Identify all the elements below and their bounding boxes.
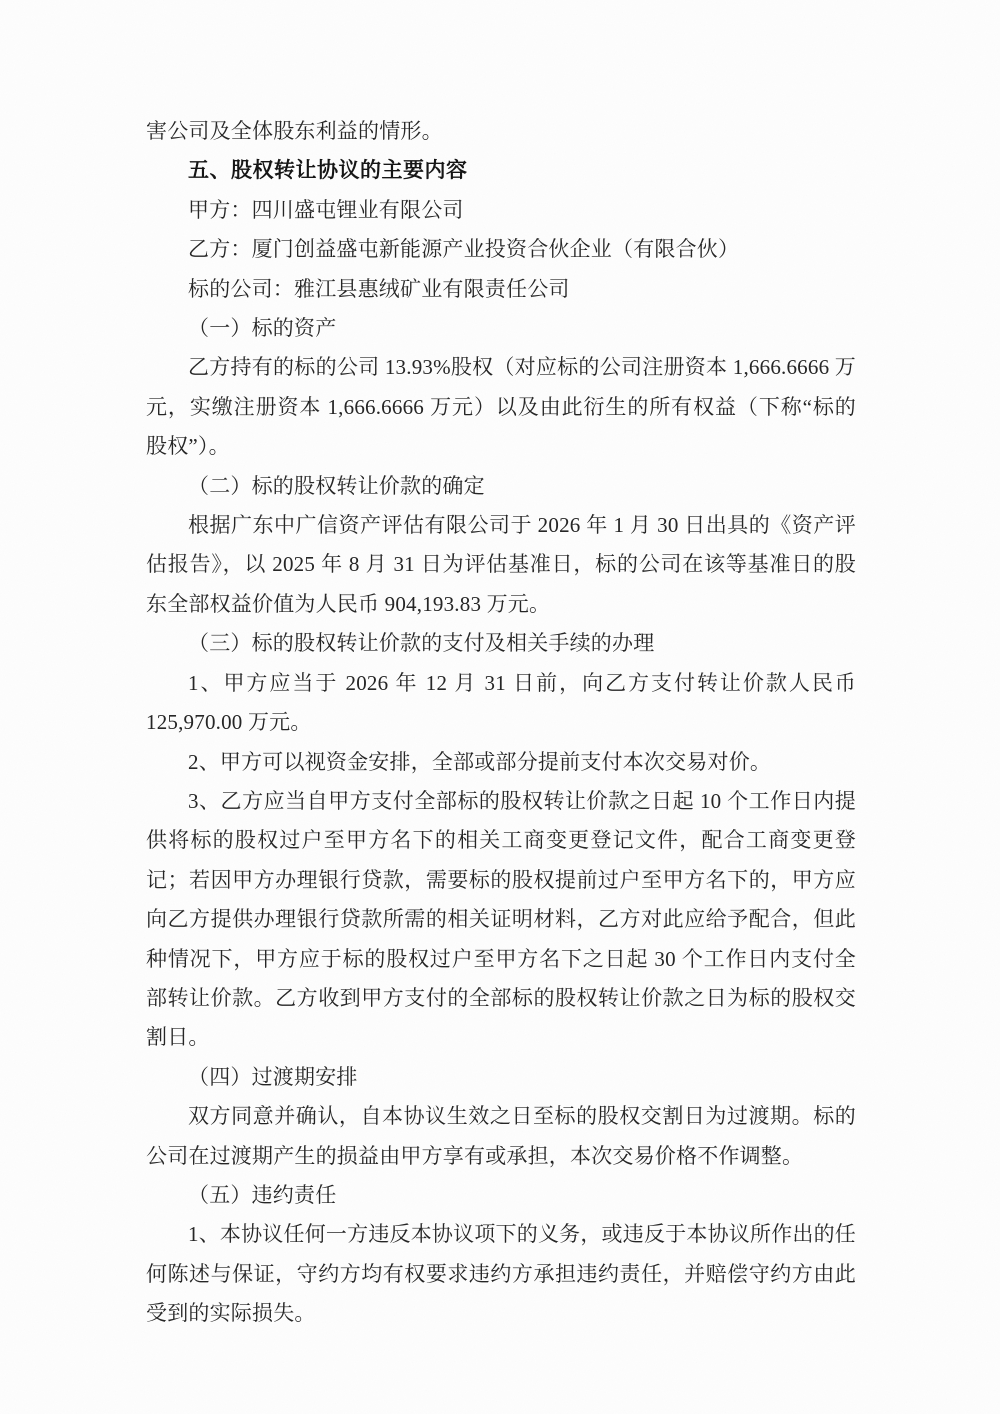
target-company-line: 标的公司：雅江县惠绒矿业有限责任公司 (146, 270, 856, 309)
subsection-1-heading: （一）标的资产 (146, 309, 856, 348)
document-page: 害公司及全体股东利益的情形。 五、股权转让协议的主要内容 甲方：四川盛屯锂业有限… (0, 0, 1000, 1414)
document-text-block: 害公司及全体股东利益的情形。 五、股权转让协议的主要内容 甲方：四川盛屯锂业有限… (146, 112, 856, 1334)
payment-item-3: 3、乙方应当自甲方支付全部标的股权转让价款之日起 10 个工作日内提供将标的股权… (146, 782, 856, 1058)
subsection-5-heading: （五）违约责任 (146, 1176, 856, 1215)
subsection-4-heading: （四）过渡期安排 (146, 1058, 856, 1097)
breach-liability-paragraph: 1、本协议任何一方违反本协议项下的义务，或违反于本协议所作出的任何陈述与保证，守… (146, 1215, 856, 1333)
payment-item-2: 2、甲方可以视资金安排，全部或部分提前支付本次交易对价。 (146, 743, 856, 782)
party-a-line: 甲方：四川盛屯锂业有限公司 (146, 191, 856, 230)
payment-item-1: 1、甲方应当于 2026 年 12 月 31 日前，向乙方支付转让价款人民币 1… (146, 664, 856, 743)
subsection-2-heading: （二）标的股权转让价款的确定 (146, 467, 856, 506)
continued-paragraph: 害公司及全体股东利益的情形。 (146, 112, 856, 151)
target-assets-paragraph: 乙方持有的标的公司 13.93%股权（对应标的公司注册资本 1,666.6666… (146, 348, 856, 466)
valuation-paragraph: 根据广东中广信资产评估有限公司于 2026 年 1 月 30 日出具的《资产评估… (146, 506, 856, 624)
transition-period-paragraph: 双方同意并确认，自本协议生效之日至标的股权交割日为过渡期。标的公司在过渡期产生的… (146, 1097, 856, 1176)
party-b-line: 乙方：厦门创益盛屯新能源产业投资合伙企业（有限合伙） (146, 230, 856, 269)
subsection-3-heading: （三）标的股权转让价款的支付及相关手续的办理 (146, 624, 856, 663)
section-5-heading: 五、股权转让协议的主要内容 (146, 151, 856, 190)
